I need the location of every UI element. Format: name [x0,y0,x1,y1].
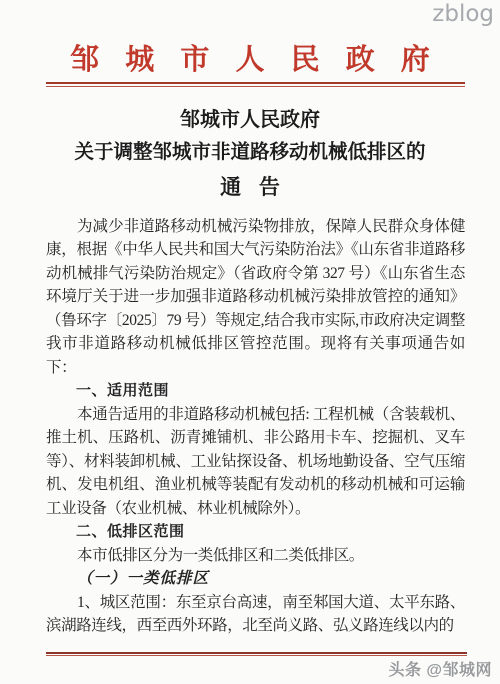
subsection1-heading: （一）一类低排区 [46,567,465,591]
watermark-toutiao: 头条 @邹城网 [388,657,492,680]
title-issuer: 邹城市人民政府 [0,108,500,132]
section2-paragraph: 本市低排区分为一类低排区和二类低排区。 [46,544,465,568]
section2-heading: 二、低排区范围 [46,520,465,544]
subsection1-paragraph: 1、城区范围：东至京台高速，南至邾国大道、太平东路、滨湖路连线，西至西外环路，北… [46,591,465,638]
intro-paragraph: 为减少非道路移动机械污染物排放，保障人民群众身体健康，根据《中华人民共和国大气污… [46,215,465,380]
document-body: 为减少非道路移动机械污染物排放，保障人民群众身体健康，根据《中华人民共和国大气污… [46,215,465,638]
title-doc-type: 通告 [0,175,500,200]
footer-rule [46,652,467,656]
section1-heading: 一、适用范围 [46,379,465,403]
watermark-zblog: zblog [432,1,494,29]
letterhead-agency-name: 邹城市人民政府 [0,44,500,77]
title-subject: 关于调整邹城市非道路移动机械低排区的 [0,141,500,164]
section1-paragraph: 本通告适用的非道路移动机械包括: 工程机械（含装载机、推土机、压路机、沥青摊铺机… [46,403,465,521]
document-page: zblog 邹城市人民政府 邹城市人民政府 关于调整邹城市非道路移动机械低排区的… [0,0,500,684]
letterhead-rule [46,82,465,87]
document-title: 邹城市人民政府 关于调整邹城市非道路移动机械低排区的 通告 [0,108,500,200]
